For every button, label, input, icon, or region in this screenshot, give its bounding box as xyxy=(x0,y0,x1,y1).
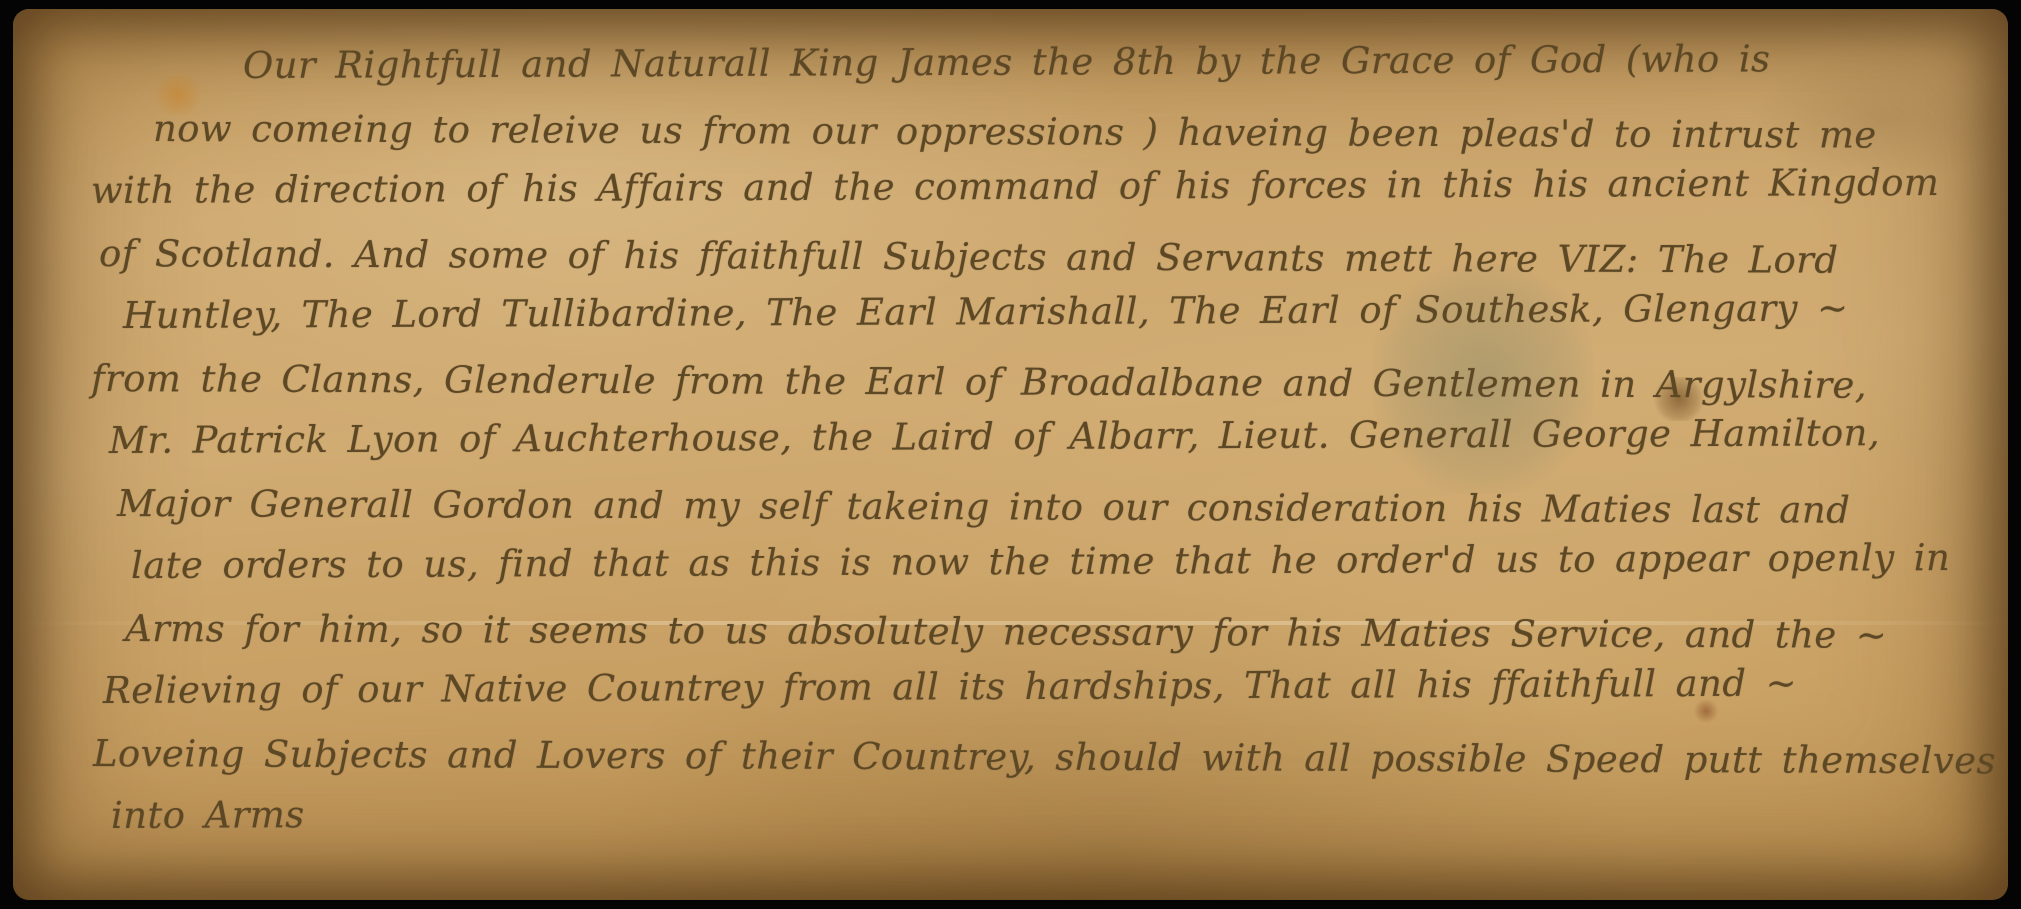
photo-background: Our Rightfull and Naturall King James th… xyxy=(0,0,2021,909)
manuscript-paper: Our Rightfull and Naturall King James th… xyxy=(13,9,2008,900)
manuscript-line-7: Mr. Patrick Lyon of Auchterhouse, the La… xyxy=(109,402,1971,473)
manuscript-line-1: Our Rightfull and Naturall King James th… xyxy=(243,27,1971,97)
manuscript-text: Our Rightfull and Naturall King James th… xyxy=(91,35,1971,848)
manuscript-line-11: Relieving of our Native Countrey from al… xyxy=(103,652,1971,723)
manuscript-line-9: late orders to us, find that as this is … xyxy=(131,527,1971,598)
manuscript-line-3: with the direction of his Affairs and th… xyxy=(91,152,1971,223)
manuscript-line-5: Huntley, The Lord Tullibardine, The Earl… xyxy=(123,277,1971,348)
manuscript-line-13: into Arms xyxy=(111,777,1971,848)
